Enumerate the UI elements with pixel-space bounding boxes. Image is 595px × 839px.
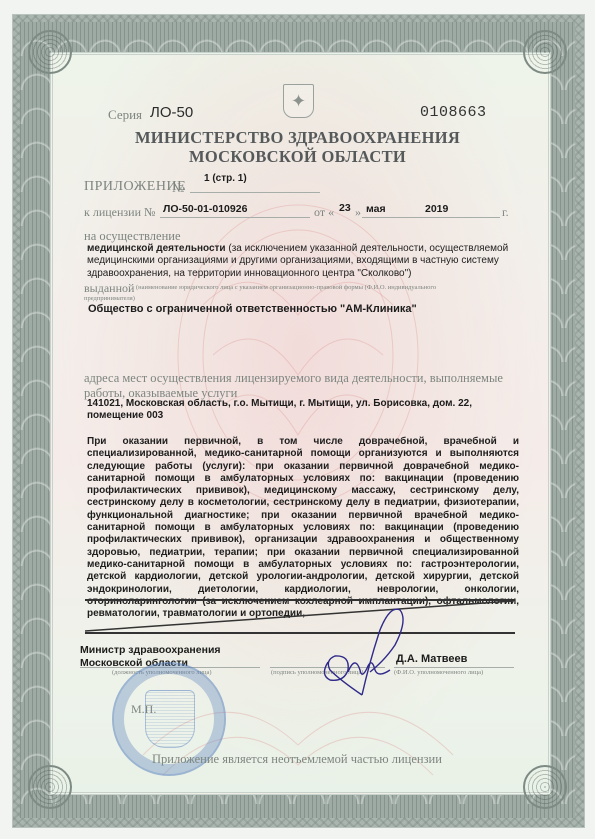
license-number: ЛО-50-01-010926 xyxy=(163,203,247,215)
appendix-underline xyxy=(190,192,320,193)
issued-label: выданной xyxy=(84,281,134,296)
ministry-title-line1: МИНИСТЕРСТВО ЗДРАВООХРАНЕНИЯ xyxy=(90,128,505,148)
series-value: ЛО-50 xyxy=(150,104,193,121)
footer-note: Приложение является неотъемлемой частью … xyxy=(152,752,442,767)
date-day: 23 xyxy=(339,202,351,214)
activity-bold: медицинской деятельности xyxy=(87,243,226,254)
license-appendix-sheet: ✦ Серия ЛО-50 0108663 МИНИСТЕРСТВО ЗДРАВ… xyxy=(0,0,595,839)
corner-ornament-icon xyxy=(523,765,567,809)
date-year: 2019 xyxy=(425,203,448,215)
date-from-label: от « xyxy=(314,205,334,220)
signature-icon xyxy=(300,600,420,710)
coat-of-arms-icon: ✦ xyxy=(283,84,314,118)
address-value: 141021, Московская область, г.о. Мытищи,… xyxy=(87,398,517,422)
document-number: 0108663 xyxy=(420,104,487,121)
date-underline xyxy=(362,217,500,218)
organization-name: Общество с ограниченной ответственностью… xyxy=(88,303,417,315)
license-label: к лицензии № xyxy=(84,205,155,220)
activity-label: на осуществление xyxy=(84,229,181,244)
date-month: мая xyxy=(366,203,386,215)
series-label: Серия xyxy=(108,107,142,123)
address-label: адреса мест осуществления лицензируемого… xyxy=(84,371,514,400)
official-position-line1: Министр здравоохранения xyxy=(80,644,221,657)
stamp-place-label: М.П. xyxy=(131,702,156,717)
issued-hint-continued: предпринимателя) xyxy=(84,295,135,302)
appendix-number-sign: № xyxy=(172,180,184,196)
corner-ornament-icon xyxy=(523,30,567,74)
ministry-title-line2: МОСКОВСКОЙ ОБЛАСТИ xyxy=(90,147,505,167)
corner-ornament-icon xyxy=(28,30,72,74)
year-suffix: г. xyxy=(502,205,509,220)
services-list: При оказании первичной, в том числе довр… xyxy=(87,436,519,620)
appendix-value: 1 (стр. 1) xyxy=(204,173,247,184)
license-underline xyxy=(160,217,310,218)
issued-hint: (наименование юридического лица с указан… xyxy=(136,284,436,291)
activity-description: медицинской деятельности (за исключением… xyxy=(87,243,517,280)
date-close-quote: » xyxy=(355,205,361,220)
corner-ornament-icon xyxy=(28,765,72,809)
stamp-emblem-icon xyxy=(145,690,195,748)
appendix-label: ПРИЛОЖЕНИЕ xyxy=(84,179,186,195)
